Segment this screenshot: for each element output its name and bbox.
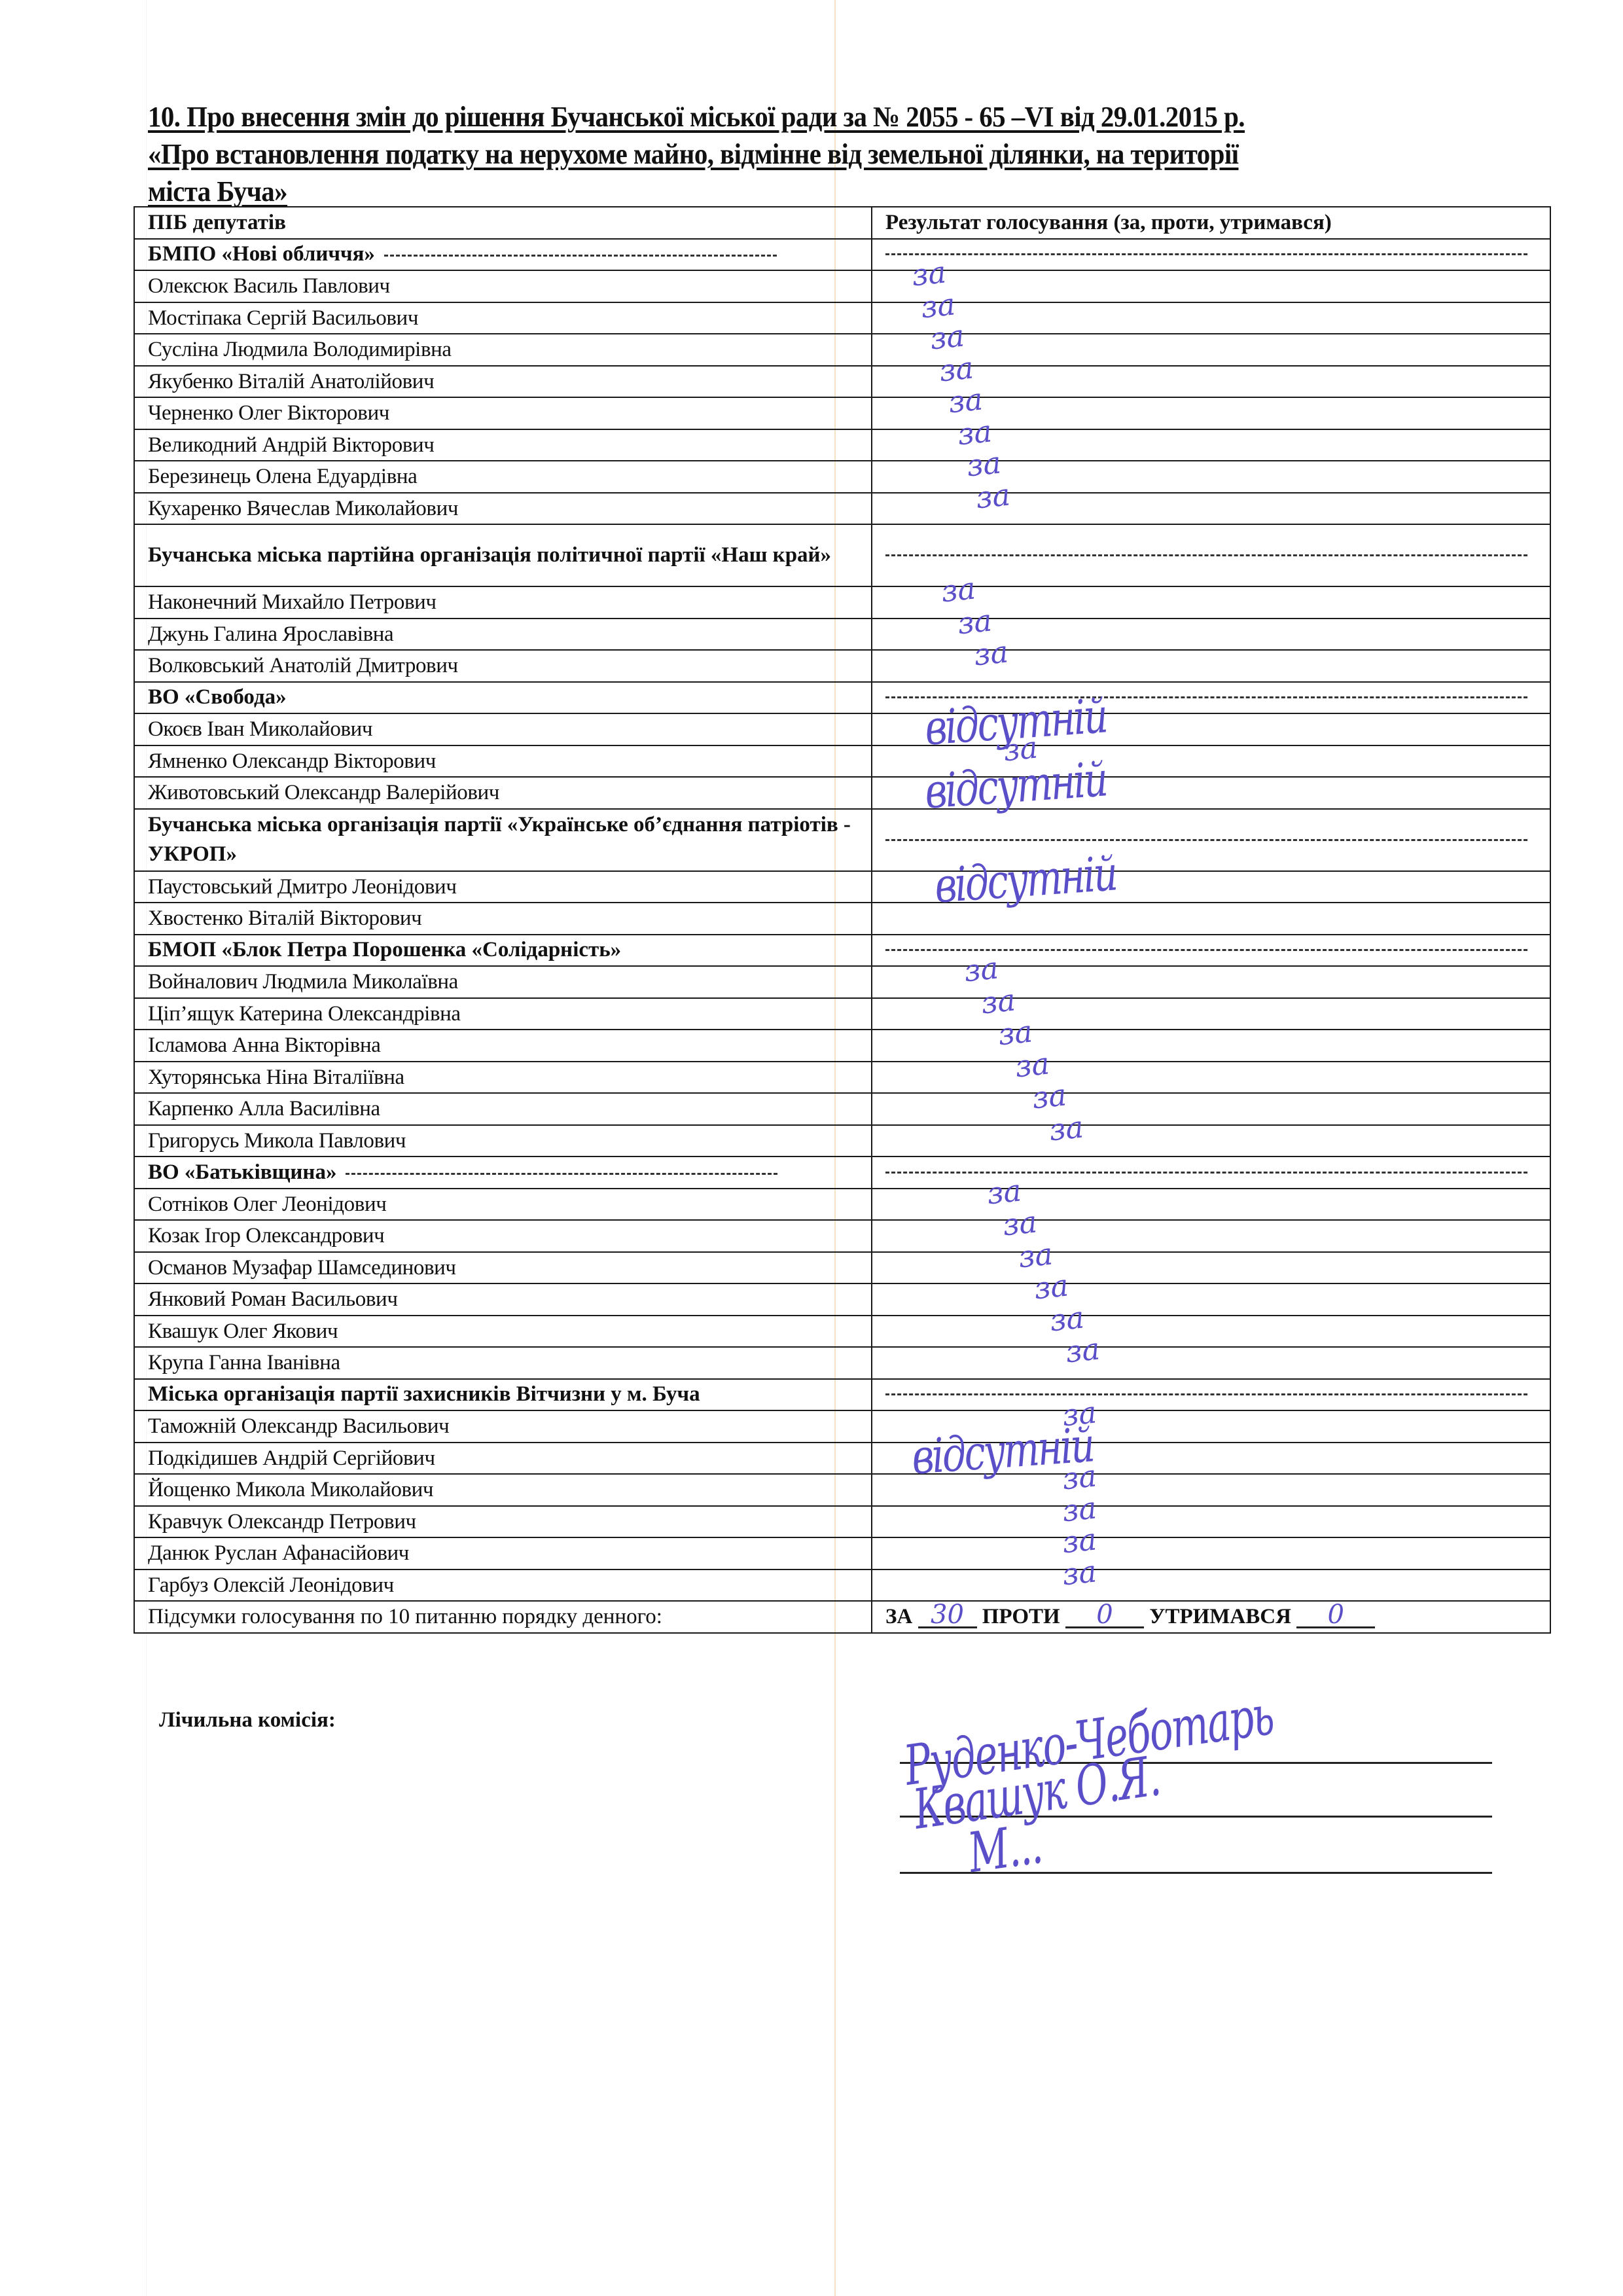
deputy-name: Янковий Роман Васильович: [134, 1283, 872, 1316]
party-result-cell: [872, 682, 1550, 714]
party-name-text: БМОП «Блок Петра Порошенка «Солідарність…: [148, 938, 621, 961]
vote-cell: за: [872, 619, 1550, 651]
table-row: Войналович Людмила Миколаївназа: [134, 966, 1550, 998]
deputy-name: Джунь Галина Ярославівна: [134, 619, 872, 651]
vote-cell: за: [872, 334, 1550, 366]
deputy-name: Войналович Людмила Миколаївна: [134, 966, 872, 998]
deputy-name: Сотніков Олег Леонідович: [134, 1189, 872, 1221]
vote-cell: за: [872, 1537, 1550, 1570]
deputy-name: Карпенко Алла Василівна: [134, 1093, 872, 1125]
column-header-names: ПІБ депутатів: [134, 207, 872, 239]
vote-cell: за: [872, 270, 1550, 302]
deputy-name: Паустовський Дмитро Леонідович: [134, 871, 872, 903]
deputy-name: Кухаренко Вячеслав Миколайович: [134, 493, 872, 525]
table-row: Янковий Роман Васильовичза: [134, 1283, 1550, 1316]
table-row: Якубенко Віталій Анатолійовичза: [134, 366, 1550, 398]
vote-cell: за: [872, 1252, 1550, 1284]
party-result-cell: [872, 524, 1550, 586]
dashed-filler: [885, 554, 1527, 556]
party-name: Бучанська міська партійна організація по…: [134, 524, 872, 586]
deputy-name: Козак Ігор Олександрович: [134, 1220, 872, 1252]
vote-cell: за: [872, 1220, 1550, 1252]
dashed-filler: [885, 949, 1527, 951]
deputy-name: Наконечний Михайло Петрович: [134, 586, 872, 619]
party-name-text: Бучанська міська партійна організація по…: [148, 543, 831, 567]
vote-cell: за: [872, 1347, 1550, 1379]
voting-table: ПІБ депутатів Результат голосування (за,…: [134, 206, 1551, 1634]
table-row: Мостіпака Сергій Васильовичза: [134, 302, 1550, 334]
deputy-name: Ціп’ящук Катерина Олександрівна: [134, 998, 872, 1030]
table-row: Окоєв Іван Миколайовичвідсутній: [134, 713, 1550, 745]
summary-totals: ЗА 30 ПРОТИ 0 УТРИМАВСЯ 0: [872, 1601, 1550, 1633]
table-row: Ямненко Олександр Вікторовичза: [134, 745, 1550, 778]
vote-cell: відсутній: [872, 777, 1550, 809]
party-row: ВО «Свобода»: [134, 682, 1550, 714]
deputy-name: Крупа Ганна Іванівна: [134, 1347, 872, 1379]
vote-cell: за: [872, 1410, 1550, 1443]
vote-cell: за: [872, 302, 1550, 334]
dashed-filler: [384, 255, 777, 257]
against-value: 0: [1065, 1603, 1144, 1628]
table-row: Олексюк Василь Павловичза: [134, 270, 1550, 302]
deputy-name: Березинець Олена Едуардівна: [134, 461, 872, 493]
table-row: Ісламова Анна Вікторівназа: [134, 1030, 1550, 1062]
party-name-text: ВО «Батьківщина»: [148, 1160, 336, 1184]
table-row: Данюк Руслан Афанасійовичза: [134, 1537, 1550, 1570]
deputy-name: Мостіпака Сергій Васильович: [134, 302, 872, 334]
vote-cell: за: [872, 1570, 1550, 1602]
against-label: ПРОТИ: [982, 1605, 1060, 1628]
table-row: Великодний Андрій Вікторовичза: [134, 429, 1550, 461]
party-name-text: БМПО «Нові обличчя»: [148, 242, 375, 266]
party-row: ВО «Батьківщина»: [134, 1157, 1550, 1189]
signature-handwritten: М...: [965, 1812, 1045, 1886]
table-row: Карпенко Алла Василівназа: [134, 1093, 1550, 1125]
party-name-text: ВО «Свобода»: [148, 685, 287, 709]
deputy-name: Кравчук Олександр Петрович: [134, 1506, 872, 1538]
table-row: Ціп’ящук Катерина Олександрівназа: [134, 998, 1550, 1030]
table-row: Березинець Олена Едуардівназа: [134, 461, 1550, 493]
vote-cell: за: [872, 998, 1550, 1030]
table-row: Гарбуз Олексій Леонідовичза: [134, 1570, 1550, 1602]
table-row: Наконечний Михайло Петровичза: [134, 586, 1550, 619]
table-row: Хуторянська Ніна Віталіївназа: [134, 1062, 1550, 1094]
vote-cell: за: [872, 966, 1550, 998]
dashed-filler: [885, 1172, 1527, 1174]
dashed-filler: [885, 696, 1527, 698]
party-result-cell: [872, 1379, 1550, 1411]
party-name: ВО «Батьківщина»: [134, 1157, 872, 1189]
deputy-name: Ісламова Анна Вікторівна: [134, 1030, 872, 1062]
column-header-result: Результат голосування (за, проти, утрима…: [872, 207, 1550, 239]
table-row: Крупа Ганна Іванівназа: [134, 1347, 1550, 1379]
deputy-name: Таможній Олександр Васильович: [134, 1410, 872, 1443]
party-name: Міська організація партії захисників Віт…: [134, 1379, 872, 1411]
party-name: Бучанська міська організація партії «Укр…: [134, 809, 872, 871]
table-row: Сусліна Людмила Володимирівназа: [134, 334, 1550, 366]
table-row: Йощенко Микола Миколайовичза: [134, 1474, 1550, 1506]
deputy-name: Окоєв Іван Миколайович: [134, 713, 872, 745]
vote-cell: відсутній: [872, 871, 1550, 903]
vote-cell: за: [872, 1283, 1550, 1316]
vote-cell: за: [872, 650, 1550, 682]
deputy-name: Черненко Олег Вікторович: [134, 397, 872, 429]
counting-commission-label: Лічильна комісія:: [159, 1708, 336, 1732]
abstain-label: УТРИМАВСЯ: [1149, 1605, 1291, 1628]
table-row: Подкідишев Андрій Сергійовичвідсутній: [134, 1443, 1550, 1475]
abstain-value: 0: [1296, 1603, 1375, 1628]
table-row: Животовський Олександр Валерійовичвідсут…: [134, 777, 1550, 809]
vote-cell: за: [872, 586, 1550, 619]
vote-cell: відсутній: [872, 713, 1550, 745]
party-row: БМПО «Нові обличчя»: [134, 239, 1550, 271]
deputy-name: Великодний Андрій Вікторович: [134, 429, 872, 461]
vote-cell: за: [872, 429, 1550, 461]
deputy-name: Якубенко Віталій Анатолійович: [134, 366, 872, 398]
vote-cell: за: [872, 493, 1550, 525]
table-row: Джунь Галина Ярославівназа: [134, 619, 1550, 651]
deputy-name: Йощенко Микола Миколайович: [134, 1474, 872, 1506]
party-name: БМОП «Блок Петра Порошенка «Солідарність…: [134, 935, 872, 967]
deputy-name: Османов Музафар Шамсединович: [134, 1252, 872, 1284]
party-row: БМОП «Блок Петра Порошенка «Солідарність…: [134, 935, 1550, 967]
for-value: 30: [918, 1603, 977, 1628]
party-name: БМПО «Нові обличчя»: [134, 239, 872, 271]
dashed-filler: [346, 1173, 777, 1175]
vote-cell: за: [872, 366, 1550, 398]
table-row: Козак Ігор Олександровичза: [134, 1220, 1550, 1252]
for-label: ЗА: [885, 1605, 912, 1628]
deputy-name: Гарбуз Олексій Леонідович: [134, 1570, 872, 1602]
heading-line-2: «Про встановлення податку на нерухоме ма…: [148, 138, 1238, 170]
document-heading: 10. Про внесення змін до рішення Бучансь…: [148, 98, 1496, 210]
deputy-name: Сусліна Людмила Володимирівна: [134, 334, 872, 366]
table-row: Сотніков Олег Леонідовичза: [134, 1189, 1550, 1221]
party-row: Бучанська міська партійна організація по…: [134, 524, 1550, 586]
summary-row: Підсумки голосування по 10 питанню поряд…: [134, 1601, 1550, 1633]
vote-cell: за: [872, 1474, 1550, 1506]
table-row: Паустовський Дмитро Леонідовичвідсутній: [134, 871, 1550, 903]
table-row: Черненко Олег Вікторовичза: [134, 397, 1550, 429]
table-row: Волковський Анатолій Дмитровичза: [134, 650, 1550, 682]
vote-cell: за: [872, 1062, 1550, 1094]
vote-cell: за: [872, 397, 1550, 429]
vote-cell: [872, 903, 1550, 935]
party-row: Бучанська міська організація партії «Укр…: [134, 809, 1550, 871]
deputy-name: Ямненко Олександр Вікторович: [134, 745, 872, 778]
dashed-filler: [885, 839, 1527, 841]
deputy-name: Данюк Руслан Афанасійович: [134, 1537, 872, 1570]
party-result-cell: [872, 809, 1550, 871]
party-row: Міська організація партії захисників Віт…: [134, 1379, 1550, 1411]
party-result-cell: [872, 1157, 1550, 1189]
party-result-cell: [872, 239, 1550, 271]
deputy-name: Григорусь Микола Павлович: [134, 1125, 872, 1157]
table-row: Квашук Олег Яковичза: [134, 1316, 1550, 1348]
table-row: Таможній Олександр Васильовичза: [134, 1410, 1550, 1443]
summary-label: Підсумки голосування по 10 питанню поряд…: [134, 1601, 872, 1633]
vote-cell: за: [872, 745, 1550, 778]
table-row: Османов Музафар Шамсединовичза: [134, 1252, 1550, 1284]
party-name: ВО «Свобода»: [134, 682, 872, 714]
vote-cell: за: [872, 1125, 1550, 1157]
party-name-text: Міська організація партії захисників Віт…: [148, 1382, 700, 1406]
vote-cell: за: [872, 461, 1550, 493]
table-row: Кухаренко Вячеслав Миколайовичза: [134, 493, 1550, 525]
heading-line-3: міста Буча»: [148, 175, 287, 207]
deputy-name: Олексюк Василь Павлович: [134, 270, 872, 302]
table-row: Григорусь Микола Павловичза: [134, 1125, 1550, 1157]
party-name-text: Бучанська міська організація партії «Укр…: [148, 813, 851, 866]
dashed-filler: [885, 1393, 1527, 1395]
vote-cell: за: [872, 1506, 1550, 1538]
table-row: Хвостенко Віталій Вікторович: [134, 903, 1550, 935]
deputy-name: Хвостенко Віталій Вікторович: [134, 903, 872, 935]
table-header-row: ПІБ депутатів Результат голосування (за,…: [134, 207, 1550, 239]
vote-cell: за: [872, 1030, 1550, 1062]
vote-cell: відсутній: [872, 1443, 1550, 1475]
party-result-cell: [872, 935, 1550, 967]
vote-cell: за: [872, 1093, 1550, 1125]
deputy-name: Подкідишев Андрій Сергійович: [134, 1443, 872, 1475]
vote-cell: за: [872, 1316, 1550, 1348]
vote-cell: за: [872, 1189, 1550, 1221]
heading-line-1: 10. Про внесення змін до рішення Бучансь…: [148, 101, 1245, 133]
deputy-name: Волковський Анатолій Дмитрович: [134, 650, 872, 682]
table-row: Кравчук Олександр Петровичза: [134, 1506, 1550, 1538]
dashed-filler: [885, 253, 1527, 255]
deputy-name: Животовський Олександр Валерійович: [134, 777, 872, 809]
deputy-name: Квашук Олег Якович: [134, 1316, 872, 1348]
deputy-name: Хуторянська Ніна Віталіївна: [134, 1062, 872, 1094]
